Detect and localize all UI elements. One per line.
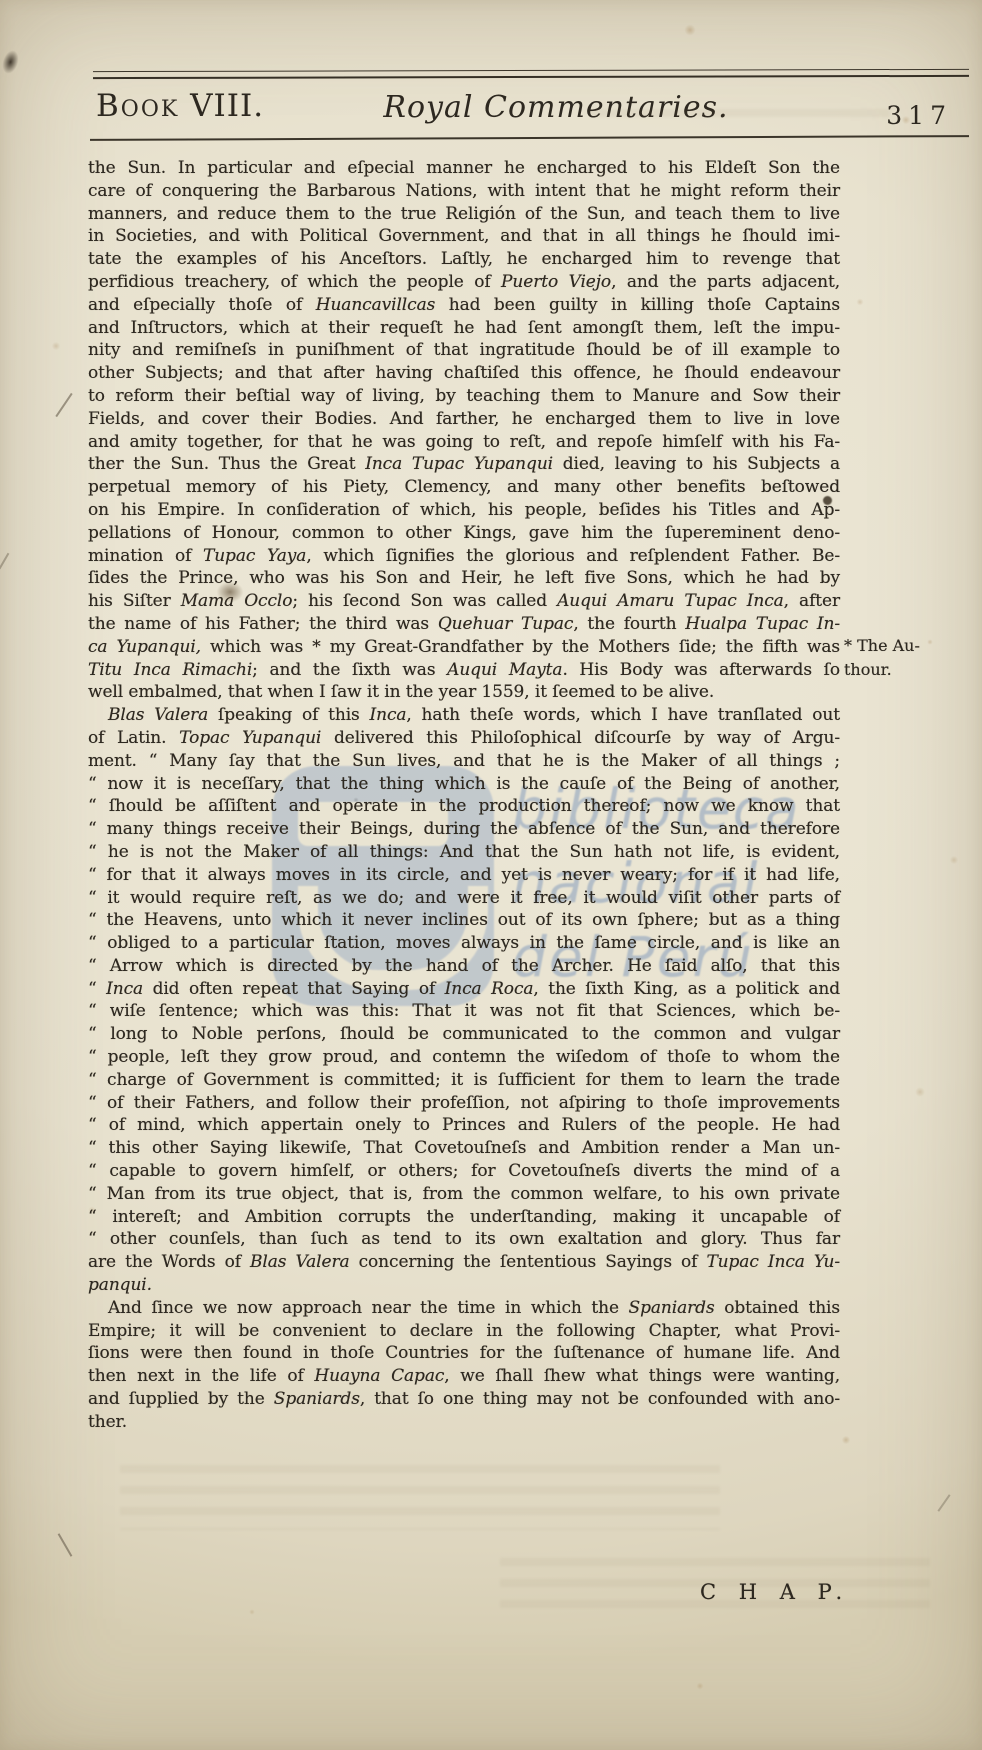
text-segment: Fields, and cover their Bodies. And fart… — [88, 409, 840, 429]
text-line: “ many things receive their Beings, duri… — [88, 818, 840, 841]
italic-text-segment: Hualpa Tupac In- — [685, 614, 840, 634]
text-segment: concerning the ſententious Sayings of — [350, 1252, 707, 1272]
book-page-scan: biblioteca nacional del Perú Book VIII. … — [0, 0, 982, 1750]
text-segment: perpetual memory of his Piety, Clemency,… — [88, 477, 840, 497]
text-line: panqui. — [88, 1274, 840, 1297]
text-line: perfidious treachery, of which the peopl… — [88, 271, 840, 294]
margin-note-line: * The Au- — [844, 634, 976, 658]
text-line: Titu Inca Rimachi; and the ſixth was Auq… — [88, 659, 840, 682]
text-line: then next in the life of Huayna Capac, w… — [88, 1365, 840, 1388]
text-line: and amity together, for that he was goin… — [88, 431, 840, 454]
text-segment: perfidious treachery, of which the peopl… — [88, 272, 501, 292]
text-line: “ now it is neceſſary, that the thing wh… — [88, 773, 840, 796]
pencil-mark — [58, 1533, 73, 1557]
text-line: “ Inca did often repeat that Saying of I… — [88, 978, 840, 1001]
text-segment: then next in the life of — [88, 1366, 314, 1386]
text-segment: well embalmed, that when I ſaw it in the… — [88, 682, 714, 702]
text-segment: of Latin. — [88, 728, 179, 748]
text-segment: Empire; it will be convenient to declare… — [88, 1321, 840, 1341]
margin-note: * The Au- thour. — [844, 634, 976, 681]
italic-text-segment: Titu Inca Rimachi — [88, 660, 252, 680]
italic-text-segment: Blas Valera — [250, 1252, 350, 1272]
italic-text-segment: panqui. — [88, 1275, 152, 1295]
text-segment: . His Body was afterwards ſo — [562, 660, 840, 680]
pencil-mark — [0, 553, 9, 570]
text-segment: nity and remiſneſs in puniſhment of that… — [88, 340, 840, 360]
text-segment: “ of their Fathers, and follow their pro… — [88, 1093, 840, 1113]
text-segment: , hath theſe words, which I have tranſla… — [406, 705, 840, 725]
text-line: “ obliged to a particular ſtation, moves… — [88, 932, 840, 955]
text-segment: and ſupplied by the — [88, 1389, 274, 1409]
ink-smudge — [212, 578, 248, 606]
italic-text-segment: Tupac Inca Yu- — [706, 1252, 840, 1272]
text-line: tate the examples of his Anceſtors. Laſt… — [88, 248, 840, 271]
text-segment: “ it would require reſt, as we do; and w… — [88, 888, 840, 908]
text-line: “ wiſe ſentence; which was this: That it… — [88, 1000, 840, 1023]
text-segment: manners, and reduce them to the true Rel… — [88, 204, 840, 224]
text-segment: ſions were then found in thoſe Countries… — [88, 1343, 840, 1363]
text-segment: had been guilty in killing thoſe Captain… — [435, 295, 840, 315]
text-segment: delivered this Philoſophical diſcourſe b… — [321, 728, 840, 748]
text-segment: the Sun. In particular and eſpecial mann… — [88, 158, 840, 178]
text-segment: ther. — [88, 1412, 127, 1432]
text-segment: , that ſo one thing may not be confounde… — [360, 1389, 840, 1409]
text-segment: and Inſtructors, which at their requeſt … — [88, 318, 840, 338]
text-segment: his Siſter — [88, 591, 181, 611]
text-segment: , after — [784, 591, 840, 611]
text-segment: ; and the ſixth was — [252, 660, 447, 680]
text-segment: ; his ſecond Son was called — [292, 591, 557, 611]
text-line: well embalmed, that when I ſaw it in the… — [88, 681, 840, 704]
text-segment: “ ſhould be aſſiſtent and operate in the… — [88, 796, 840, 816]
text-segment: the name of his Father; the third was — [88, 614, 438, 634]
pencil-mark — [937, 1494, 950, 1512]
text-segment: “ obliged to a particular ſtation, moves… — [88, 933, 840, 953]
text-segment: tate the examples of his Anceſtors. Laſt… — [88, 249, 840, 269]
text-segment: “ other counſels, than ſuch as tend to i… — [88, 1229, 840, 1249]
italic-text-segment: Puerto Viejo — [501, 272, 611, 292]
text-line: on his Empire. In conſideration of which… — [88, 499, 840, 522]
text-segment: , which ſignifies the glorious and reſpl… — [306, 546, 840, 566]
text-segment: care of conquering the Barbarous Nations… — [88, 181, 840, 201]
text-line: “ the Heavens, unto which it never incli… — [88, 909, 840, 932]
text-segment: “ people, leſt they grow proud, and cont… — [88, 1047, 840, 1067]
text-segment: “ capable to govern himſelf, or others; … — [88, 1161, 840, 1181]
text-line: and eſpecially thoſe of Huancavillcas ha… — [88, 294, 840, 317]
text-line: of Latin. Topac Yupanqui delivered this … — [88, 727, 840, 750]
text-segment: ment. “ Many ſay that the Sun lives, and… — [88, 751, 840, 771]
text-segment: ſpeaking of this — [208, 705, 369, 725]
text-line: Empire; it will be convenient to declare… — [88, 1320, 840, 1343]
text-line: the Sun. In particular and eſpecial mann… — [88, 157, 840, 180]
text-segment: , the fourth — [573, 614, 685, 634]
body-text: the Sun. In particular and eſpecial mann… — [88, 157, 840, 1434]
text-line: ment. “ Many ſay that the Sun lives, and… — [88, 750, 840, 773]
text-segment: “ this other Saying likewiſe, That Covet… — [88, 1138, 840, 1158]
text-line: and ſupplied by the Spaniards, that ſo o… — [88, 1388, 840, 1411]
text-line: “ this other Saying likewiſe, That Covet… — [88, 1137, 840, 1160]
text-line: “ Arrow which is directed by the hand of… — [88, 955, 840, 978]
text-segment: mination of — [88, 546, 203, 566]
text-segment: on his Empire. In conſideration of which… — [88, 500, 840, 520]
text-segment: other Subjects; and that after having ch… — [88, 363, 840, 383]
text-line: ther the Sun. Thus the Great Inca Tupac … — [88, 453, 840, 476]
text-line: mination of Tupac Yaya, which ſignifies … — [88, 545, 840, 568]
text-line: “ people, leſt they grow proud, and cont… — [88, 1046, 840, 1069]
text-line: ther. — [88, 1411, 840, 1434]
text-line: manners, and reduce them to the true Rel… — [88, 203, 840, 226]
text-line: care of conquering the Barbarous Nations… — [88, 180, 840, 203]
text-line: “ it would require reſt, as we do; and w… — [88, 887, 840, 910]
text-segment: “ wiſe ſentence; which was this: That it… — [88, 1001, 840, 1021]
italic-text-segment: Inca — [106, 979, 143, 999]
text-line: the name of his Father; the third was Qu… — [88, 613, 840, 636]
text-segment: “ long to Noble perſons, ſhould be commu… — [88, 1024, 840, 1044]
text-line: “ other counſels, than ſuch as tend to i… — [88, 1228, 840, 1251]
text-segment: and eſpecially thoſe of — [88, 295, 316, 315]
text-segment: “ charge of Government is committed; it … — [88, 1070, 840, 1090]
text-line: “ ſhould be aſſiſtent and operate in the… — [88, 795, 840, 818]
bleed-through-ghost — [120, 1452, 720, 1530]
text-line: in Societies, and with Political Governm… — [88, 225, 840, 248]
italic-text-segment: Inca Tupac Yupanqui — [365, 454, 553, 474]
text-line: “ capable to govern himſelf, or others; … — [88, 1160, 840, 1183]
bleed-through-ghost — [590, 96, 890, 130]
text-segment: , the ſixth King, as a politick and — [533, 979, 840, 999]
text-segment: “ Man from its true object, that is, fro… — [88, 1184, 840, 1204]
header-bottom-rule — [90, 135, 969, 141]
text-segment: to reform their beſtial way of living, b… — [88, 386, 840, 406]
text-segment: , we ſhall ſhew what things were wanting… — [444, 1366, 840, 1386]
text-line: Blas Valera ſpeaking of this Inca, hath … — [88, 704, 840, 727]
text-segment: “ — [88, 979, 106, 999]
italic-text-segment: Spaniards — [274, 1389, 360, 1409]
text-line: his Siſter Mama Occlo; his ſecond Son wa… — [88, 590, 840, 613]
text-line: “ for that it always moves in its circle… — [88, 864, 840, 887]
text-segment: “ many things receive their Beings, duri… — [88, 819, 840, 839]
text-line: “ charge of Government is committed; it … — [88, 1069, 840, 1092]
text-segment: “ he is not the Maker of all things: And… — [88, 842, 840, 862]
text-segment: died, leaving to his Subjects a — [553, 454, 840, 474]
text-line: other Subjects; and that after having ch… — [88, 362, 840, 385]
italic-text-segment: Inca Roca — [445, 979, 534, 999]
text-segment: “ now it is neceſſary, that the thing wh… — [88, 774, 840, 794]
text-segment: ther the Sun. Thus the Great — [88, 454, 365, 474]
header-top-rule — [93, 69, 969, 79]
italic-text-segment: Auqui Amaru Tupac Inca — [557, 591, 784, 611]
italic-text-segment: Quehuar Tupac — [438, 614, 574, 634]
text-line: pellations of Honour, common to other Ki… — [88, 522, 840, 545]
text-segment: , and the parts adjacent, — [611, 272, 840, 292]
text-line: And ſince we now approach near the time … — [88, 1297, 840, 1320]
pencil-mark — [55, 393, 72, 417]
italic-text-segment: Inca — [370, 705, 407, 725]
text-line: “ of their Fathers, and follow their pro… — [88, 1092, 840, 1115]
text-line: perpetual memory of his Piety, Clemency,… — [88, 476, 840, 499]
italic-text-segment: Tupac Yaya — [203, 546, 306, 566]
catchword: C H A P. — [700, 1580, 850, 1604]
text-line: “ of mind, which appertain onely to Prin… — [88, 1114, 840, 1137]
text-line: “ long to Noble perſons, ſhould be commu… — [88, 1023, 840, 1046]
text-line: ca Yupanqui, which was * my Great-Grandf… — [88, 636, 840, 659]
text-line: nity and remiſneſs in puniſhment of that… — [88, 339, 840, 362]
text-line: “ he is not the Maker of all things: And… — [88, 841, 840, 864]
text-segment: “ the Heavens, unto which it never incli… — [88, 910, 840, 930]
italic-text-segment: Blas Valera — [108, 705, 208, 725]
text-segment: pellations of Honour, common to other Ki… — [88, 523, 840, 543]
text-segment: and amity together, for that he was goin… — [88, 432, 840, 452]
margin-note-line: thour. — [844, 658, 976, 682]
text-segment: are the Words of — [88, 1252, 250, 1272]
text-segment: “ intereſt; and Ambition corrupts the un… — [88, 1207, 840, 1227]
text-line: Fields, and cover their Bodies. And fart… — [88, 408, 840, 431]
text-segment: “ of mind, which appertain onely to Prin… — [88, 1115, 840, 1135]
text-segment: did often repeat that Saying of — [143, 979, 445, 999]
text-segment: ſides the Prince, who was his Son and He… — [88, 568, 840, 588]
italic-text-segment: Spaniards — [629, 1298, 715, 1318]
italic-text-segment: Topac Yupanqui — [179, 728, 321, 748]
italic-text-segment: Huayna Capac — [314, 1366, 444, 1386]
text-segment: in Societies, and with Political Governm… — [88, 226, 840, 246]
text-line: “ Man from its true object, that is, fro… — [88, 1183, 840, 1206]
text-line: ſions were then found in thoſe Countries… — [88, 1342, 840, 1365]
text-line: ſides the Prince, who was his Son and He… — [88, 567, 840, 590]
text-segment: “ Arrow which is directed by the hand of… — [88, 956, 840, 976]
text-line: are the Words of Blas Valera concerning … — [88, 1251, 840, 1274]
text-line: and Inſtructors, which at their requeſt … — [88, 317, 840, 340]
italic-text-segment: ca Yupanqui, — [88, 637, 201, 657]
text-line: to reform their beſtial way of living, b… — [88, 385, 840, 408]
ink-mark-corner — [0, 48, 21, 75]
italic-text-segment: Huancavillcas — [316, 295, 436, 315]
ink-fleck — [823, 496, 832, 505]
text-segment: which was * my Great-Grandfather by the … — [201, 637, 840, 657]
italic-text-segment: Auqui Mayta — [447, 660, 562, 680]
text-segment: obtained this — [715, 1298, 840, 1318]
text-segment: And ſince we now approach near the time … — [108, 1298, 629, 1318]
page-number: 317 — [886, 101, 952, 130]
text-line: “ intereſt; and Ambition corrupts the un… — [88, 1206, 840, 1229]
text-segment: “ for that it always moves in its circle… — [88, 865, 840, 885]
